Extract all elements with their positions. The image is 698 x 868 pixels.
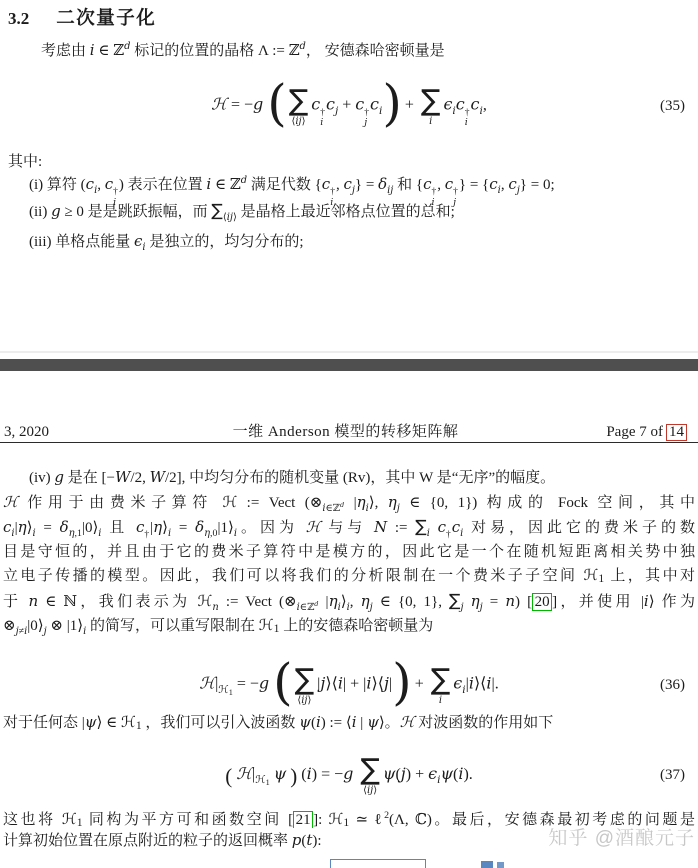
intro-paragraph: 考虑由 i ∈ ℤd 标记的位置的晶格 Λ := ℤd， 安德森哈密顿量是	[41, 39, 690, 60]
list-item-i: (i) 算符 (ci, c†i) 表示在位置 i ∈ ℤd 满足代数 {c†i,…	[29, 168, 694, 194]
equation-36-body: ℋ|ℋ1 = −g (∑⟨ij⟩|j⟩⟨i| + |i⟩⟨j|) + ∑iϵi|…	[199, 656, 499, 714]
header-page-indicator: Page 7 of14	[606, 424, 687, 441]
list-item-ii: (ii) g ≥ 0 是是跳跃振幅，而 ∑⟨ij⟩ 是晶格上最近邻格点位置的总和…	[29, 198, 694, 224]
page-total-link[interactable]: 14	[666, 424, 687, 441]
header-rule	[0, 442, 698, 443]
link-fragment-1[interactable]	[481, 861, 493, 868]
equation-37: ( ℋ|ℋ1 ψ ) (i) = −g ∑⟨ij⟩ψ(j) + ϵiψ(i). …	[0, 748, 698, 802]
watermark: 知乎 @酒酿元子	[548, 823, 695, 850]
link-fragment-2[interactable]	[497, 862, 504, 868]
section-title: 二次量子化	[56, 7, 156, 28]
header-title: 一维 Anderson 模型的转移矩阵解	[4, 420, 687, 441]
conditions-list: (i) 算符 (ci, c†i) 表示在位置 i ∈ ℤd 满足代数 {c†i,…	[29, 168, 694, 258]
equation-37-number: (37)	[660, 748, 685, 802]
equation-35-body: ℋ = −g (∑⟨ij⟩c†icj + c†jci) + ∑iϵic†ici,	[211, 77, 487, 135]
list-item-iv: (iv) g 是在 [−W/2, W/2], 中均匀分布的随机变量 (Rv)，其…	[29, 466, 694, 487]
wavefunction-paragraph: 对于任何态 |ψ⟩ ∈ ℋ1 ，我们可以引入波函数 ψ(i) := ⟨i | ψ…	[3, 711, 695, 732]
document-page: 3.2二次量子化 考虑由 i ∈ ℤd 标记的位置的晶格 Λ := ℤd， 安德…	[0, 0, 698, 868]
paragraph-line-1: ℋ 作用于由费米子算符 ℋ := Vect (⊗i∈ℤd |ηi⟩, ηj ∈ …	[3, 490, 695, 515]
paragraph-line-6: ⊗j≠i|0⟩j ⊗ |1⟩i 的简写，可以重写限制在 ℋ1 上的安德森哈密顿量…	[3, 614, 695, 639]
equation-37-body: ( ℋ|ℋ1 ψ ) (i) = −g ∑⟨ij⟩ψ(j) + ϵiψ(i).	[225, 755, 473, 796]
section-number: 3.2	[8, 9, 29, 28]
fock-space-paragraph: ℋ 作用于由费米子算符 ℋ := Vect (⊗i∈ℤd |ηi⟩, ηj ∈ …	[3, 490, 695, 639]
paragraph-line-2: ci|η⟩i = δη,1|0⟩i 且 c†i|η⟩i = δη,0|1⟩i。因…	[3, 515, 695, 540]
page-divider	[0, 359, 698, 371]
page-edge-shadow	[0, 351, 698, 353]
list-item-iii: (iii) 单格点能量 ϵi 是独立的，均匀分布的;	[29, 228, 694, 254]
equation-link-box[interactable]	[330, 859, 426, 868]
page-header: 3, 2020 一维 Anderson 模型的转移矩阵解 Page 7 of14	[4, 420, 687, 441]
paragraph-line-4: 立电子传播的模型。因此，我们可以将我们的分析限制在一个费米子子空间 ℋ1 上，其…	[3, 564, 695, 589]
section-heading: 3.2二次量子化	[8, 4, 156, 30]
paragraph-line-3: 目是守恒的，并且由于它的费米子算符中是模方的，因此它是一个在随机短距离相关势中独	[3, 540, 695, 565]
equation-35-number: (35)	[660, 68, 685, 144]
equation-35: ℋ = −g (∑⟨ij⟩c†icj + c†jci) + ∑iϵic†ici,…	[0, 68, 698, 144]
paragraph-line-5: 于 n ∈ ℕ，我们表示为 ℋn := Vect (⊗i∈ℤd |ηi⟩i, η…	[3, 589, 695, 614]
header-page-prefix: Page 7 of	[606, 424, 663, 440]
